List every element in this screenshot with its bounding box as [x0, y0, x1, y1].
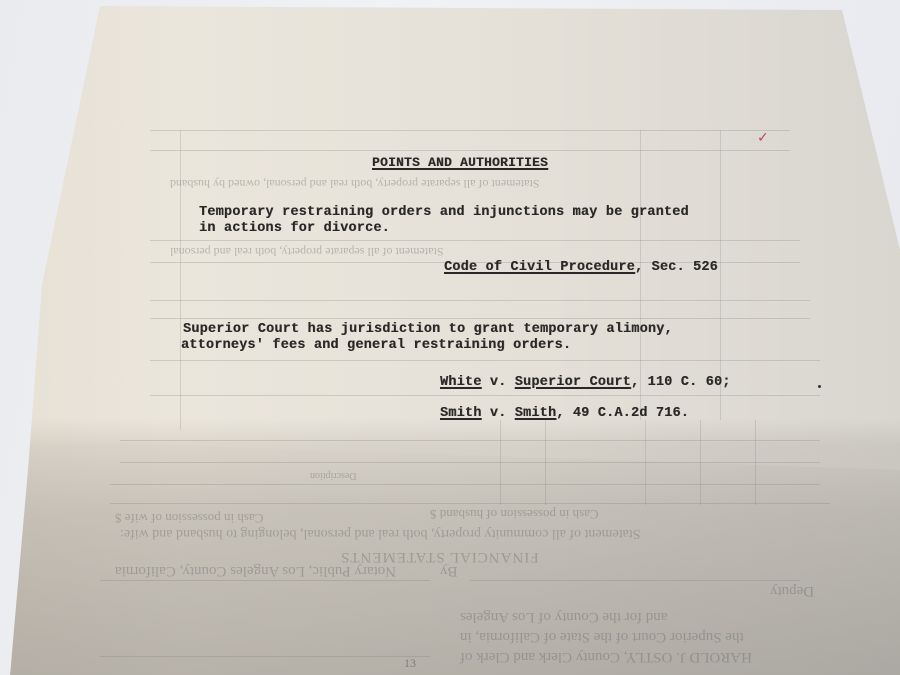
stray-mark — [818, 385, 821, 388]
citation-versus: v. — [482, 406, 515, 421]
citation-section: , Sec. 526 — [635, 260, 718, 275]
document-page: Statement of all separate property, both… — [0, 0, 900, 675]
form-rule — [120, 440, 820, 441]
paragraph-line: Superior Court has jurisdiction to grant… — [183, 322, 673, 337]
page-heading: POINTS AND AUTHORITIES — [372, 155, 548, 170]
form-rule — [150, 300, 810, 301]
citation: Smith v. Smith, 49 C.A.2d 716. — [440, 406, 689, 421]
form-rule — [180, 130, 181, 430]
citation-source: Code of Civil Procedure — [444, 260, 635, 275]
citation-party: White — [440, 375, 482, 390]
form-rule — [150, 130, 790, 131]
bleed-through-text: Statement of all separate property, both… — [170, 244, 443, 259]
form-rule — [150, 240, 800, 241]
citation-versus: v. — [482, 375, 515, 390]
check-mark-icon: ✓ — [757, 130, 769, 146]
paragraph-line: Temporary restraining orders and injunct… — [199, 205, 689, 220]
citation-party: Smith — [515, 406, 557, 421]
form-rule — [150, 318, 810, 319]
fold-shadow — [0, 440, 900, 675]
paragraph-line: attorneys' fees and general restraining … — [181, 338, 571, 353]
citation: Code of Civil Procedure, Sec. 526 — [444, 260, 718, 275]
citation-reporter: , 49 C.A.2d 716. — [556, 406, 689, 421]
paragraph-line: in actions for divorce. — [199, 221, 390, 236]
citation: White v. Superior Court, 110 C. 60; — [440, 375, 731, 390]
citation-party: Smith — [440, 406, 482, 421]
bleed-through-text: Statement of all separate property, both… — [170, 176, 539, 191]
form-rule — [150, 150, 790, 151]
citation-party: Superior Court — [515, 375, 631, 390]
citation-reporter: , 110 C. 60; — [631, 375, 731, 390]
